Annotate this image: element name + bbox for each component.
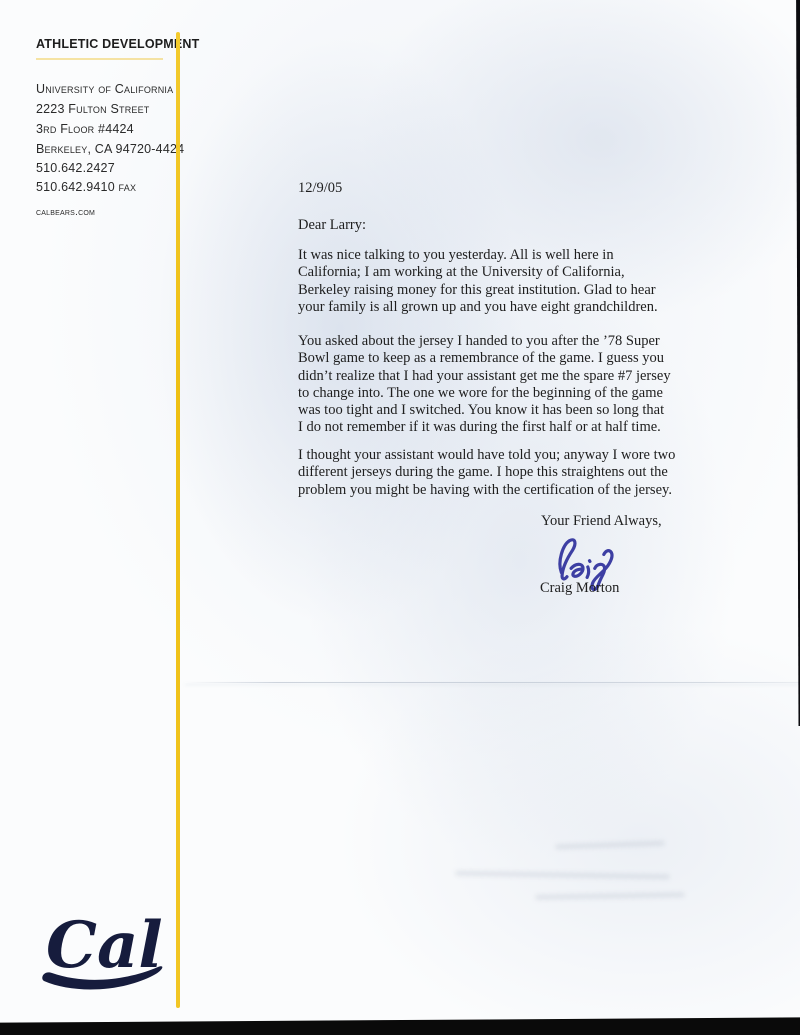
letterhead-website: calbears.com	[36, 206, 95, 218]
letter-paragraph-1: It was nice talking to you yesterday. Al…	[298, 247, 753, 316]
ghost-ink-mark	[455, 870, 670, 880]
letter-date: 12/9/05	[298, 180, 342, 197]
letterhead-phone: 510.642.2427	[36, 161, 115, 175]
ghost-ink-mark	[555, 840, 665, 850]
scanned-letter-page: ATHLETIC DEVELOPMENT University of Calif…	[0, 0, 800, 1035]
letter-signed-name: Craig Morton	[540, 580, 619, 597]
scan-edge-right	[794, 0, 800, 726]
cal-logo-wordmark: Cal	[46, 908, 163, 983]
ghost-ink-mark	[535, 892, 685, 901]
cal-logo: Cal	[40, 903, 175, 1003]
scan-edge-bottom	[0, 1013, 800, 1035]
letterhead-department: ATHLETIC DEVELOPMENT	[36, 37, 200, 51]
letterhead-city-zip: Berkeley, CA 94720-4424	[36, 142, 184, 156]
letterhead-street: 2223 Fulton Street	[36, 102, 150, 116]
gold-divider-rule	[176, 32, 180, 1008]
letter-paragraph-2: You asked about the jersey I handed to y…	[298, 333, 753, 437]
letterhead-fax: 510.642.9410 fax	[36, 180, 136, 194]
letter-paragraph-3: I thought your assistant would have told…	[298, 447, 753, 499]
fold-crease	[185, 682, 800, 683]
letterhead-org-name: University of California	[36, 82, 173, 96]
letterhead-underline	[36, 58, 163, 60]
letter-salutation: Dear Larry:	[298, 217, 366, 234]
letterhead-floor: 3rd Floor #4424	[36, 122, 134, 136]
